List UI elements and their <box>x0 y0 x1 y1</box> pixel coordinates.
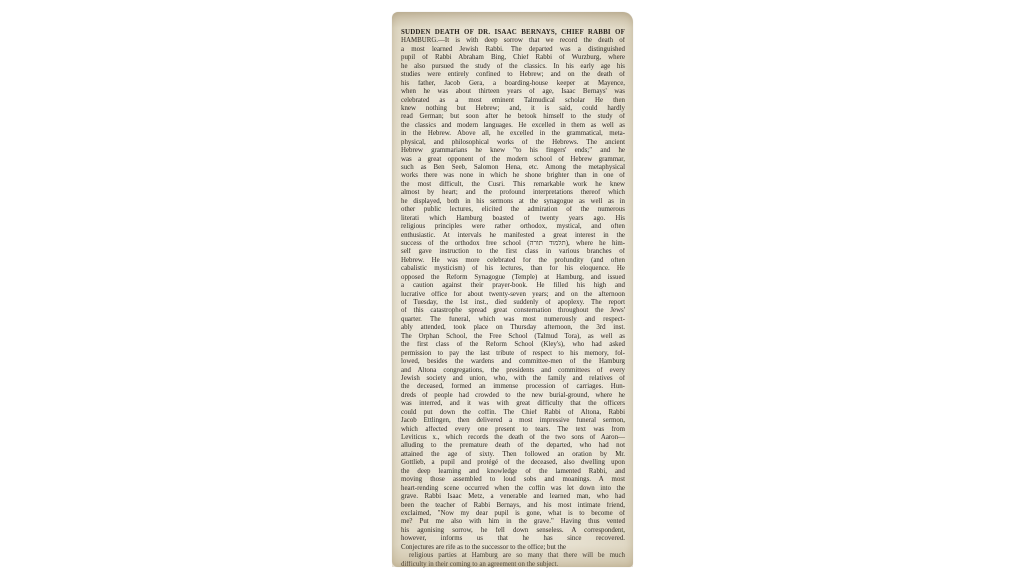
article-line: quarter. The funeral, which was most num… <box>401 316 625 324</box>
article-line: pupil of Rabbi Abraham Bing, Chief Rabbi… <box>401 54 625 62</box>
article-line: studies were entirely confined to Hebrew… <box>401 71 625 79</box>
article-line: The Orphan School, the Free School (Talm… <box>401 333 625 341</box>
article-line: alluding to the premature death of the d… <box>401 442 625 450</box>
article-line: when he was about thirteen years of age,… <box>401 88 625 96</box>
article-line: Hebrew grammarians he knew "to his finge… <box>401 147 625 155</box>
article-line: the deceased, formed an immense processi… <box>401 383 625 391</box>
article-line: religious parties at Hamburg are so many… <box>401 552 625 560</box>
article-line: the classics and modern languages. He ex… <box>401 122 625 130</box>
article-line: lowed, besides the wardens and committee… <box>401 358 625 366</box>
article-line: of this catastrophe spread great conster… <box>401 307 625 315</box>
article-line: dreds of people had crowded to the new b… <box>401 392 625 400</box>
article-line: read German; but soon after he betook hi… <box>401 113 625 121</box>
article-line: grave. Rabbi Isaac Metz, a venerable and… <box>401 493 625 501</box>
article-line: religious principles were rather orthodo… <box>401 223 625 231</box>
article-line: Hebrew. He was more celebrated for the p… <box>401 257 625 265</box>
article-line: works there was none in which he shone b… <box>401 172 625 180</box>
article-line: which affected every one present to tear… <box>401 426 625 434</box>
article-line: the most difficult, the Cusri. This rema… <box>401 181 625 189</box>
article-line: he also pursued the study of the classic… <box>401 63 625 71</box>
article-line: lucrative office for about twenty-seven … <box>401 291 625 299</box>
article-line: celebrated as a most eminent Talmudical … <box>401 97 625 105</box>
article-line: attained the age of sixty. Then followed… <box>401 451 625 459</box>
article-line: Jewish society and union, who, with the … <box>401 375 625 383</box>
article-line: success of the orthodox free school (תלמ… <box>401 240 625 248</box>
article-line: heart-rending scene occurred when the co… <box>401 485 625 493</box>
article-line: Leviticus x., which records the death of… <box>401 434 625 442</box>
article-line: opposed the Reform Synagogue (Temple) at… <box>401 274 625 282</box>
article-line: and Altona congregations, the presidents… <box>401 367 625 375</box>
article-line: cabalistic mysticism) of his lectures, t… <box>401 265 625 273</box>
article-line: literati which Hamburg boasted of twenty… <box>401 215 625 223</box>
article-line: his agonising sorrow, he fell down sense… <box>401 527 625 535</box>
article-line: the first class of the Reform School (Kl… <box>401 341 625 349</box>
article-line: difficulty in their coming to an agreeme… <box>401 561 625 569</box>
article-line: could put down the coffin. The Chief Rab… <box>401 409 625 417</box>
article-line: physical, and philosophical works of the… <box>401 139 625 147</box>
article-line: such as Ben Seeb, Salomon Hena, etc. Amo… <box>401 164 625 172</box>
newspaper-clipping: SUDDEN DEATH OF DR. ISAAC BERNAYS, CHIEF… <box>392 12 633 567</box>
article-line: he displayed, both in his sermons at the… <box>401 198 625 206</box>
article-line: his father, Jacob Gera, a boarding-house… <box>401 80 625 88</box>
article-line: Jacob Ettlingen, then delivered a most i… <box>401 417 625 425</box>
article-line: exclaimed, "Now my dear pupil is gone, w… <box>401 510 625 518</box>
article-line: been the teacher of Rabbi Bernays, and h… <box>401 502 625 510</box>
article-line: other public lectures, elicited the admi… <box>401 206 625 214</box>
article-line: ably attended, took place on Thursday af… <box>401 324 625 332</box>
article-body: SUDDEN DEATH OF DR. ISAAC BERNAYS, CHIEF… <box>401 29 625 569</box>
headline-line: SUDDEN DEATH OF DR. ISAAC BERNAYS, CHIEF… <box>401 29 625 37</box>
article-line: the deep learning and knowledge of the l… <box>401 468 625 476</box>
article-line: almost by heart; and the profound interp… <box>401 189 625 197</box>
article-line: was interred, and it was with great diff… <box>401 400 625 408</box>
article-line: self gave instruction to the first class… <box>401 248 625 256</box>
article-line: moving those assembled to loud sobs and … <box>401 476 625 484</box>
article-line: permission to pay the last tribute of re… <box>401 350 625 358</box>
article-line: enthusiastic. At intervals he manifested… <box>401 232 625 240</box>
article-line: Gottlieb, a pupil and protégé of the dec… <box>401 459 625 467</box>
article-line: was a great opponent of the modern schoo… <box>401 156 625 164</box>
article-line: however, informs us that he has since re… <box>401 535 625 543</box>
article-line: HAMBURG.—It is with deep sorrow that we … <box>401 37 625 45</box>
article-line: a most learned Jewish Rabbi. The departe… <box>401 46 625 54</box>
article-line: in the Hebrew. Above all, he excelled in… <box>401 130 625 138</box>
article-line: me? Put me also with him in the grave." … <box>401 518 625 526</box>
article-line: Conjectures are rife as to the successor… <box>401 544 625 552</box>
article-line: of Tuesday, the 1st inst., died suddenly… <box>401 299 625 307</box>
article-line: a caution against their prayer-book. He … <box>401 282 625 290</box>
article-line: knew nothing but Hebrew; and, it is said… <box>401 105 625 113</box>
